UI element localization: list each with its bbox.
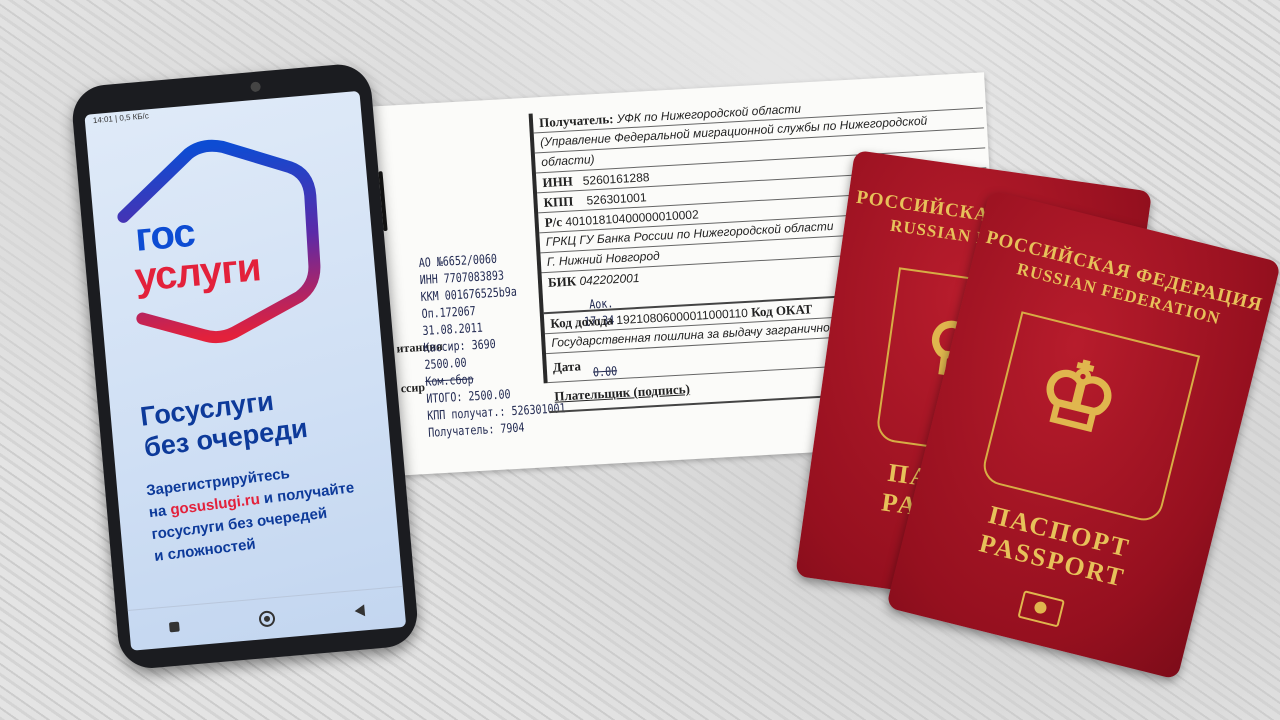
home-icon[interactable] bbox=[258, 610, 275, 627]
navigation-bar bbox=[128, 586, 407, 651]
kpp-label: КПП bbox=[543, 193, 573, 210]
inn-value: 5260161288 bbox=[582, 170, 649, 188]
status-bar: 14:01 | 0,5 КБ/с bbox=[93, 111, 150, 125]
bik-label: БИК bbox=[548, 273, 577, 290]
date-label: Дата bbox=[552, 353, 582, 381]
front-camera-icon bbox=[250, 81, 261, 92]
form-side-label: ссир bbox=[400, 380, 425, 396]
back-icon[interactable] bbox=[354, 604, 365, 617]
smartphone: 14:01 | 0,5 КБ/с гос услуги Госуслуги бе… bbox=[70, 62, 420, 671]
promo-text: Зарегистрируйтесь на gosuslugi.ru и полу… bbox=[145, 455, 361, 568]
phone-screen: 14:01 | 0,5 КБ/с гос услуги Госуслуги бе… bbox=[84, 91, 406, 651]
headline: Госуслуги без очереди bbox=[139, 382, 310, 464]
kpp-value: 526301001 bbox=[586, 190, 647, 207]
recipient-label: Получатель: bbox=[539, 111, 614, 130]
bik-value: 042202001 bbox=[579, 271, 640, 288]
biometric-chip-icon bbox=[1017, 590, 1065, 627]
inn-label: ИНН bbox=[542, 173, 573, 190]
recent-apps-icon[interactable] bbox=[169, 622, 180, 633]
okato-label: Код ОКАТ bbox=[751, 301, 813, 319]
account-label: Р/с bbox=[544, 214, 562, 230]
payer-label: Плательщик (подпись) bbox=[554, 381, 690, 404]
income-code-label: Код дохода bbox=[550, 312, 613, 330]
